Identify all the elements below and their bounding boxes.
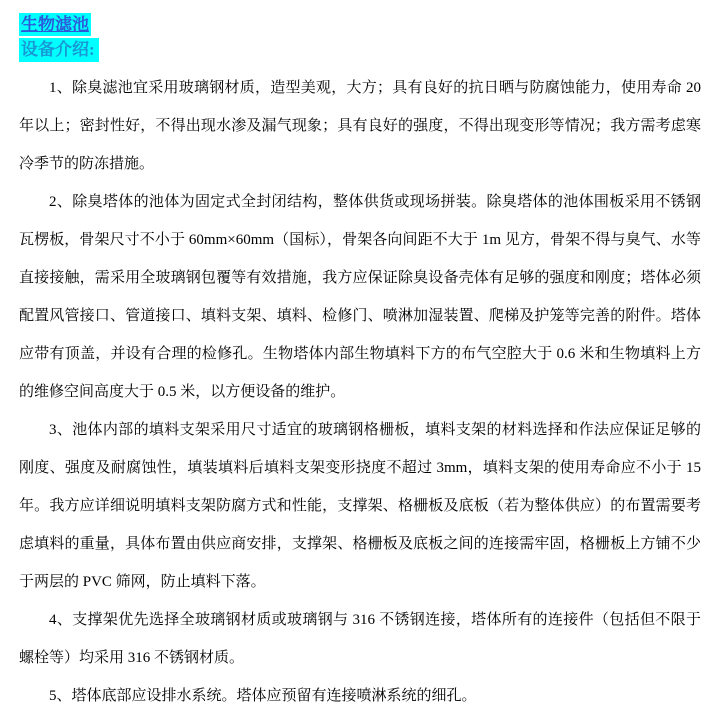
paragraph-3: 3、池体内部的填料支架采用尺寸适宜的玻璃钢格栅板，填料支架的材料选择和作法应保证…	[19, 411, 701, 601]
document-page: 生物滤池 设备介绍: 1、除臭滤池宜采用玻璃钢材质，造型美观，大方；具有良好的抗…	[0, 0, 720, 724]
doc-title-row: 生物滤池	[19, 13, 701, 36]
paragraph-4: 4、支撑架优先选择全玻璃钢材质或玻璃钢与 316 不锈钢连接，塔体所有的连接件（…	[19, 601, 701, 677]
doc-subtitle: 设备介绍:	[19, 38, 99, 62]
paragraph-5: 5、塔体底部应设排水系统。塔体应预留有连接喷淋系统的细孔。	[19, 677, 701, 715]
paragraph-2: 2、除臭塔体的池体为固定式全封闭结构，整体供货或现场拼装。除臭塔体的池体围板采用…	[19, 183, 701, 411]
doc-title: 生物滤池	[19, 13, 91, 36]
doc-subtitle-row: 设备介绍:	[19, 38, 701, 62]
paragraph-1: 1、除臭滤池宜采用玻璃钢材质，造型美观，大方；具有良好的抗日晒与防腐蚀能力，使用…	[19, 69, 701, 183]
doc-body: 1、除臭滤池宜采用玻璃钢材质，造型美观，大方；具有良好的抗日晒与防腐蚀能力，使用…	[19, 69, 701, 715]
